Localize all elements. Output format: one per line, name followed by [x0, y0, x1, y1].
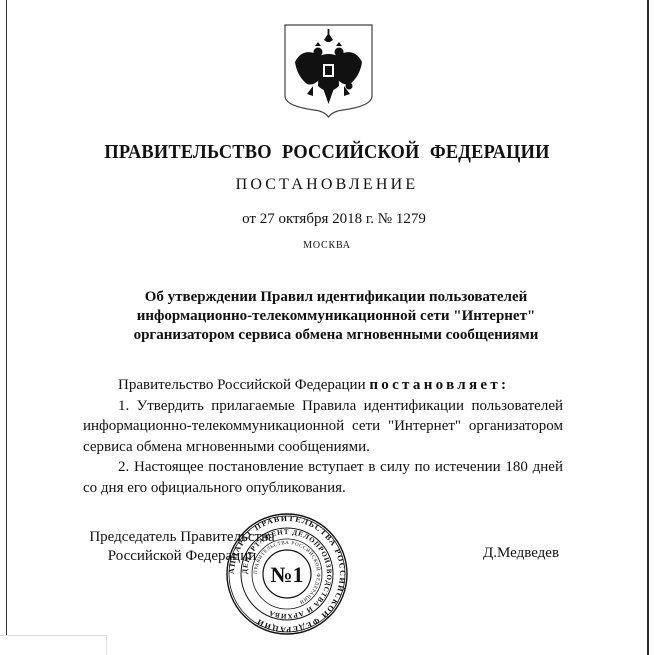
document-type: ПОСТАНОВЛЕНИЕ [0, 176, 654, 194]
resolution-item-1: 1. Утвердить прилагаемые Правила идентиф… [83, 396, 563, 458]
subject-line: Об утверждении Правил идентификации поль… [18, 288, 654, 307]
svg-text:№1: №1 [270, 562, 303, 587]
subject-line: информационно-телекоммуникационной сети … [18, 307, 654, 326]
document-city: МОСКВА [0, 240, 654, 251]
russian-coat-of-arms-icon [283, 24, 374, 118]
document-date-number: от 27 октября 2018 г. № 1279 [0, 211, 654, 228]
page-border-bottom-tick [106, 635, 107, 655]
page-border-bottom [0, 635, 107, 636]
preamble: Правительство Российской Федерации поста… [83, 375, 563, 396]
document-body: Правительство Российской Федерации поста… [83, 375, 563, 498]
issuer-title: ПРАВИТЕЛЬСТВО РОССИЙСКОЙ ФЕДЕРАЦИИ [26, 141, 628, 164]
subject-line: организатором сервиса обмена мгновенными… [18, 326, 654, 345]
official-seal-icon: АППАРАТ ПРАВИТЕЛЬСТВА РОССИЙСКОЙ ФЕДЕРАЦ… [224, 512, 350, 636]
preamble-text: Правительство Российской Федерации [118, 377, 369, 393]
preamble-action: постановляет: [369, 377, 509, 393]
resolution-item-2: 2. Настоящее постановление вступает в си… [83, 457, 563, 498]
signer-name: Д.Медведев [483, 545, 559, 562]
document-subject: Об утверждении Правил идентификации поль… [0, 288, 654, 345]
